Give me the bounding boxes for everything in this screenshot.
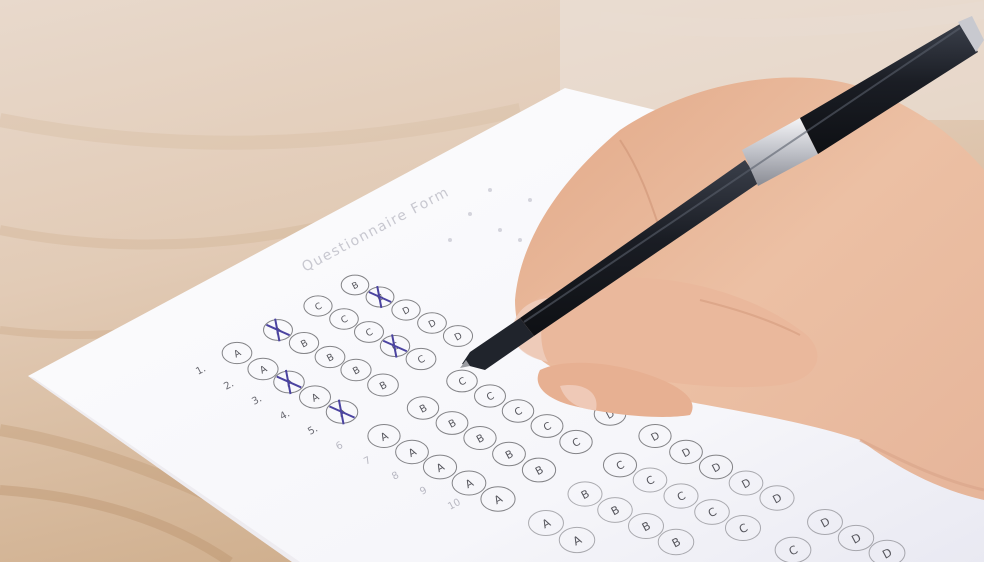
answer-sheet-photo: Questionnaire Form 1.2.3.4.5.678910 AAAA…: [0, 0, 984, 562]
photo-scene: Questionnaire Form 1.2.3.4.5.678910 AAAA…: [0, 0, 984, 562]
